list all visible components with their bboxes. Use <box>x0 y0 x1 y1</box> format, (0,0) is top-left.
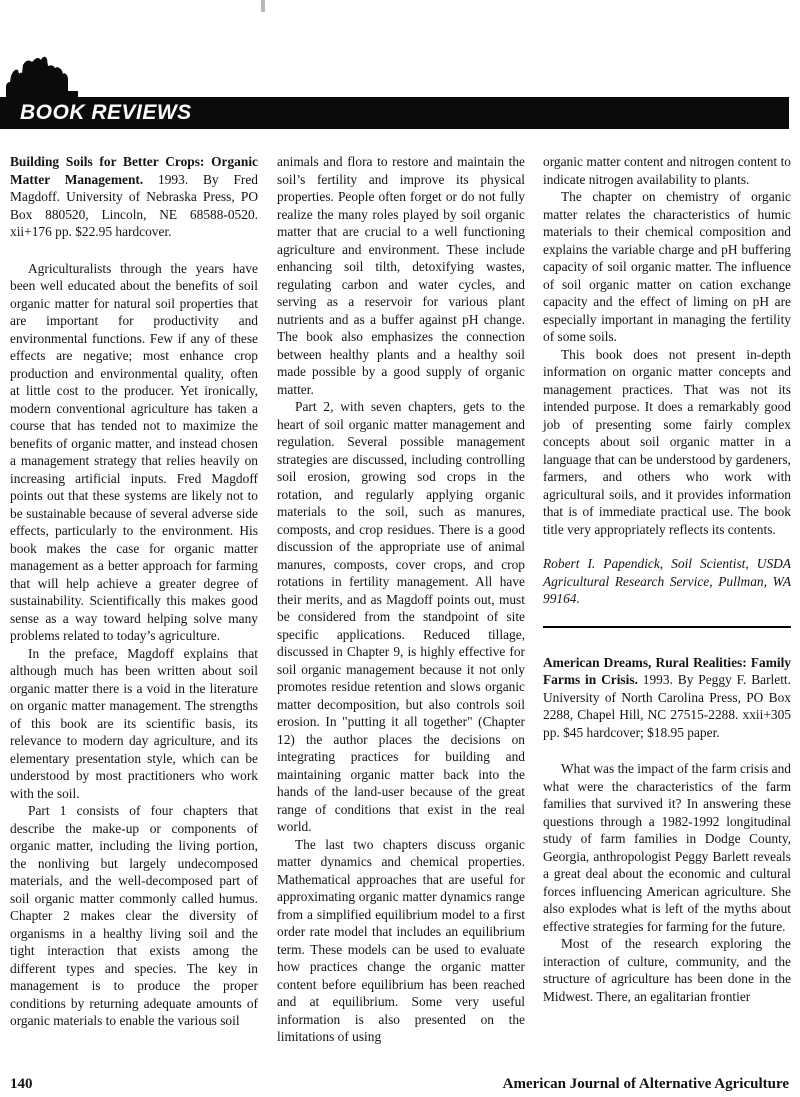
banner-title: BOOK REVIEWS <box>0 101 192 125</box>
paragraph: This book does not present in-depth info… <box>543 346 791 539</box>
page-footer: 140 American Journal of Alternative Agri… <box>10 1076 789 1096</box>
paragraph: Part 2, with seven chapters, gets to the… <box>277 398 525 836</box>
paragraph: Agriculturalists through the years have … <box>10 260 258 645</box>
book-reviews-banner: BOOK REVIEWS <box>0 97 789 129</box>
paragraph: The chapter on chemistry of organic matt… <box>543 188 791 346</box>
column-1: Building Soils for Better Crops: Organic… <box>10 153 258 1030</box>
footer-page-number: 140 <box>10 1076 33 1093</box>
paragraph-continuation: organic matter content and nitrogen cont… <box>543 153 791 188</box>
column-2: animals and flora to restore and maintai… <box>277 153 525 1046</box>
paragraph: What was the impact of the farm crisis a… <box>543 760 791 935</box>
paragraph: Part 1 consists of four chapters that de… <box>10 802 258 1030</box>
book-citation-american-dreams: American Dreams, Rural Realities: Family… <box>543 654 791 742</box>
paragraph-continuation: animals and flora to restore and maintai… <box>277 153 525 398</box>
column-3: organic matter content and nitrogen cont… <box>543 153 791 1005</box>
farmstead-logo-icon <box>6 53 78 97</box>
paragraph: Most of the research exploring the inter… <box>543 935 791 1005</box>
scan-edge-mark <box>261 0 265 12</box>
reviewer-attribution: Robert I. Papendick, Soil Scientist, USD… <box>543 555 791 608</box>
footer-journal-title: American Journal of Alternative Agricult… <box>503 1076 789 1093</box>
section-divider <box>543 626 791 628</box>
book-citation-building-soils: Building Soils for Better Crops: Organic… <box>10 153 258 241</box>
paragraph: The last two chapters discuss organic ma… <box>277 836 525 1046</box>
paragraph: In the preface, Magdoff explains that al… <box>10 645 258 803</box>
